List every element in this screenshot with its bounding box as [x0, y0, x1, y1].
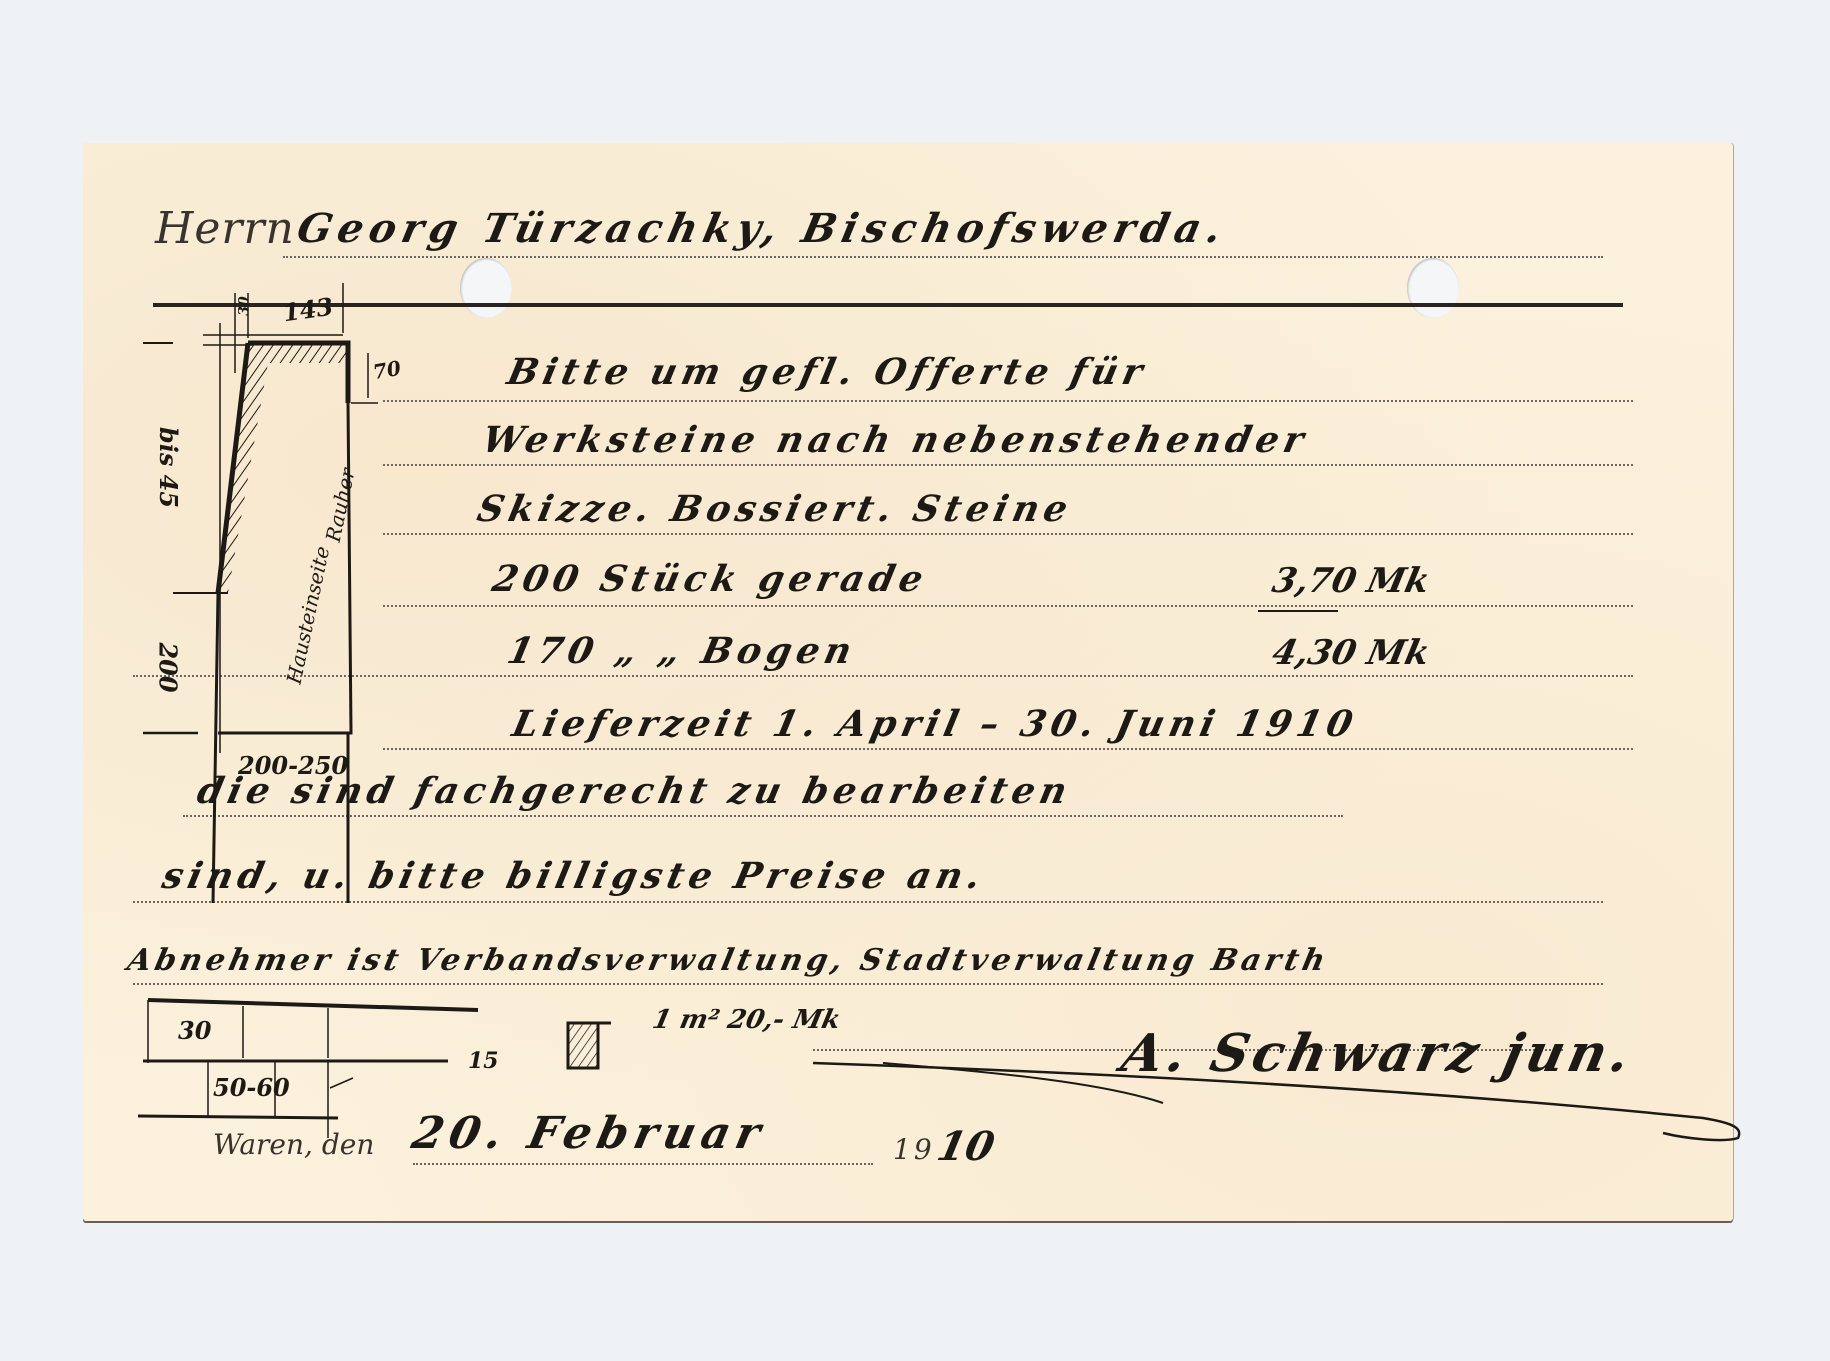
line-rule: [383, 400, 1633, 402]
body-line-1: Bitte um gefl. Offerte für: [504, 351, 1152, 393]
line-rule: [383, 533, 1633, 535]
printed-salutation: Herrn: [155, 203, 295, 254]
address-dotted-line: [283, 256, 1603, 258]
date-handwritten: 20. Februar: [408, 1108, 771, 1159]
stone-profile-diagram: 143 30 70 bis 45 200 200-250 Hausteinsei…: [143, 293, 483, 903]
price-straight: 3,70 Mk: [1269, 561, 1433, 601]
body-line-2: Werksteine nach nebenstehender: [479, 419, 1313, 461]
body-line-9: Abnehmer ist Verbandsverwaltung, Stadtve…: [124, 943, 1332, 978]
dim-bottom-width: 200-250: [238, 751, 348, 780]
price-underline: [1258, 610, 1338, 612]
signature: A. Schwarz jun.: [1117, 1023, 1640, 1084]
unit-price-note: 1 m² 20,- Mk: [650, 1005, 843, 1035]
line-rule: [383, 748, 1633, 750]
line-rule: [383, 605, 1633, 607]
printed-year-prefix: 19: [893, 1133, 935, 1166]
body-line-6: Lieferzeit 1. April – 30. Juni 1910: [509, 703, 1362, 745]
body-line-5: 170 „ „ Bogen: [504, 630, 861, 672]
section-side-label: 15: [468, 1048, 499, 1074]
dim-right-step: 70: [371, 356, 403, 384]
body-line-4: 200 Stück gerade: [489, 558, 932, 600]
punch-hole: [1407, 258, 1459, 318]
date-month: Februar: [523, 1108, 770, 1159]
hatched-block-icon: [563, 1015, 633, 1075]
dim-top-offset: 30: [237, 296, 253, 315]
date-day: 20.: [408, 1108, 513, 1159]
dim-height-lower: 200: [154, 642, 183, 692]
postcard: Herrn Georg Türzachky, Bischofswerda. Bi…: [83, 143, 1733, 1221]
price-curved: 4,30 Mk: [1269, 633, 1433, 673]
recipient-address: Georg Türzachky, Bischofswerda.: [293, 205, 1232, 252]
section-bottom-width: 50-60: [213, 1073, 290, 1102]
dim-height-upper: bis 45: [154, 427, 183, 508]
year-suffix: 10: [933, 1123, 999, 1170]
section-top-height: 30: [178, 1016, 211, 1045]
line-rule: [133, 983, 1603, 985]
printed-place-label: Waren, den: [213, 1128, 374, 1161]
body-line-3: Skizze. Bossiert. Steine: [474, 488, 1077, 530]
date-dotted-line: [413, 1163, 873, 1165]
line-rule: [383, 464, 1633, 466]
